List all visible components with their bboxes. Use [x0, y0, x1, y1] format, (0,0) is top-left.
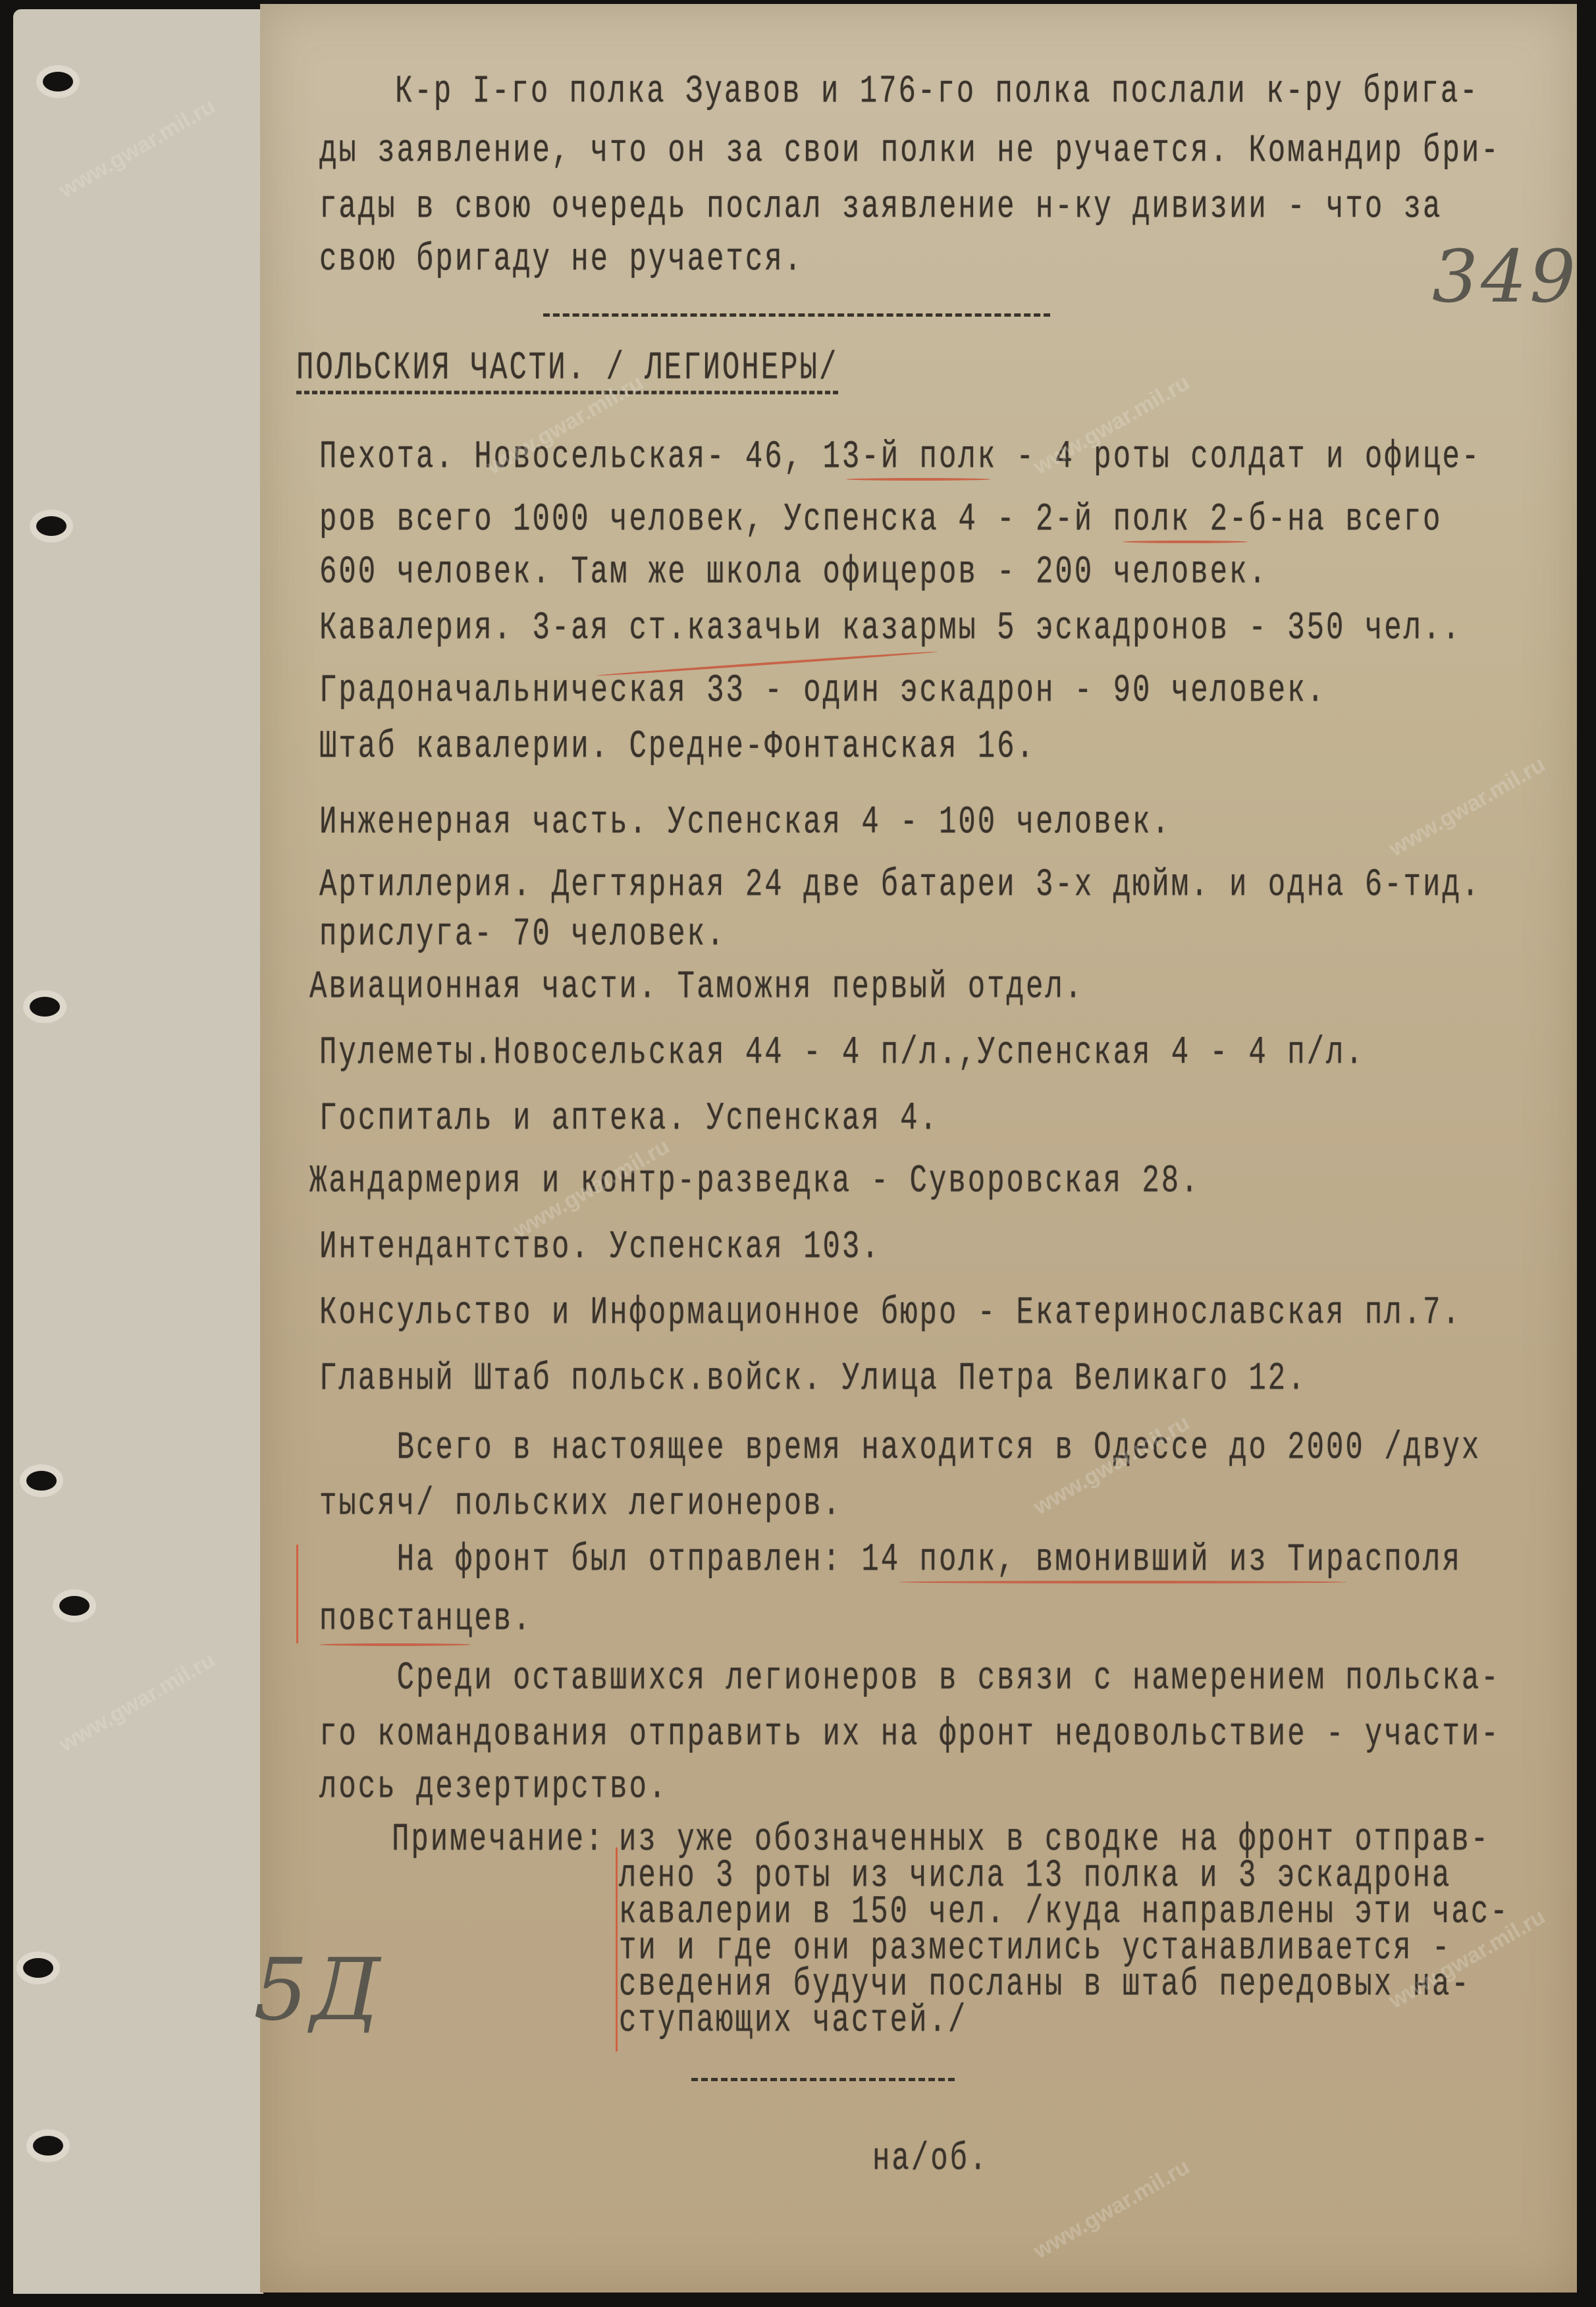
unit-machineguns-line: Пулеметы.Новосельская 44 - 4 п/л.,Успенс…	[319, 1031, 1365, 1076]
unit-hospital-line: Госпиталь и аптека. Успенская 4.	[319, 1097, 939, 1142]
separator-rule	[543, 313, 1050, 317]
unit-aviation-line: Авиационная части. Таможня первый отдел.	[309, 965, 1084, 1010]
red-pencil-underline	[899, 1581, 1346, 1583]
intro-line: гады в свою очередь послал заявление н-к…	[319, 185, 1442, 230]
binding-hole	[59, 1596, 90, 1616]
separator-rule	[691, 2078, 955, 2081]
red-pencil-margin-line	[616, 1847, 618, 2052]
unit-main-hq-line: Главный Штаб польск.войск. Улица Петра В…	[319, 1357, 1307, 1402]
summary-line: Среди оставшихся легионеров в связи с на…	[319, 1657, 1501, 1701]
summary-line: тысяч/ польских легионеров.	[319, 1482, 842, 1527]
binding-hole	[26, 1471, 57, 1491]
intro-line: свою бригаду не ручается.	[319, 238, 803, 282]
page-turn-marker: на/об.	[872, 2137, 988, 2182]
summary-line: лось дезертирство.	[319, 1765, 668, 1810]
red-pencil-underline	[319, 1643, 471, 1646]
unit-cavalry-hq-line: Штаб кавалерии. Средне-Фонтанская 16.	[319, 725, 1036, 770]
section-heading: ПОЛЬСКИЯ ЧАСТИ. / ЛЕГИОНЕРЫ/	[296, 346, 838, 394]
binding-hole	[43, 72, 73, 92]
summary-line: го командования отправить их на фронт не…	[319, 1712, 1501, 1757]
margin-pencil-mark: 5Д	[253, 1940, 383, 2040]
unit-artillery-line: Артиллерия. Дегтярная 24 две батареи 3-х…	[319, 863, 1481, 908]
folio-number: 349	[1432, 234, 1578, 319]
summary-line: повстанцев.	[319, 1597, 532, 1642]
binding-hole	[33, 2136, 63, 2156]
unit-infantry-line: ров всего 1000 человек, Успенска 4 - 2-й…	[319, 498, 1442, 543]
unit-quartermaster-line: Интендантство. Успенская 103.	[319, 1225, 881, 1270]
document-page: К-р I-го полка Зуавов и 176-го полка пос…	[260, 4, 1577, 2293]
unit-cavalry-line: Кавалерия. 3-ая ст.казачьи казармы 5 эск…	[319, 606, 1462, 651]
note-label: Примечание:	[392, 1818, 604, 1863]
binding-hole	[30, 997, 60, 1017]
watermark: www.gwar.mil.ru	[1385, 752, 1550, 862]
unit-consulate-line: Консульство и Информационное бюро - Екат…	[319, 1291, 1462, 1336]
unit-engineers-line: Инженерная часть. Успенская 4 - 100 чело…	[319, 801, 1171, 845]
red-pencil-underline	[1123, 541, 1248, 543]
binding-hole	[36, 516, 66, 536]
unit-infantry-line: 600 человек. Там же школа офицеров - 200…	[319, 550, 1268, 595]
unit-gendarmerie-line: Жандармерия и контр-разведка - Суворовск…	[309, 1159, 1200, 1204]
summary-line: На фронт был отправлен: 14 полк, вмонивш…	[319, 1538, 1462, 1583]
note-line: ступающих частей./	[619, 1999, 967, 2044]
binding-stub	[13, 9, 263, 2294]
unit-artillery-line: прислуга- 70 человек.	[319, 913, 726, 957]
watermark: www.gwar.mil.ru	[1029, 2154, 1194, 2264]
summary-line: Всего в настоящее время находится в Одес…	[319, 1426, 1481, 1471]
red-pencil-margin-line	[296, 1545, 298, 1643]
intro-line: ды заявление, что он за свои полки не ру…	[319, 129, 1501, 174]
intro-line: К-р I-го полка Зуавов и 176-го полка пос…	[395, 70, 1479, 115]
red-pencil-underline	[846, 478, 991, 481]
unit-cavalry-line: Градоначальническая 33 - один эскадрон -…	[319, 669, 1326, 714]
binding-hole	[23, 1958, 53, 1978]
